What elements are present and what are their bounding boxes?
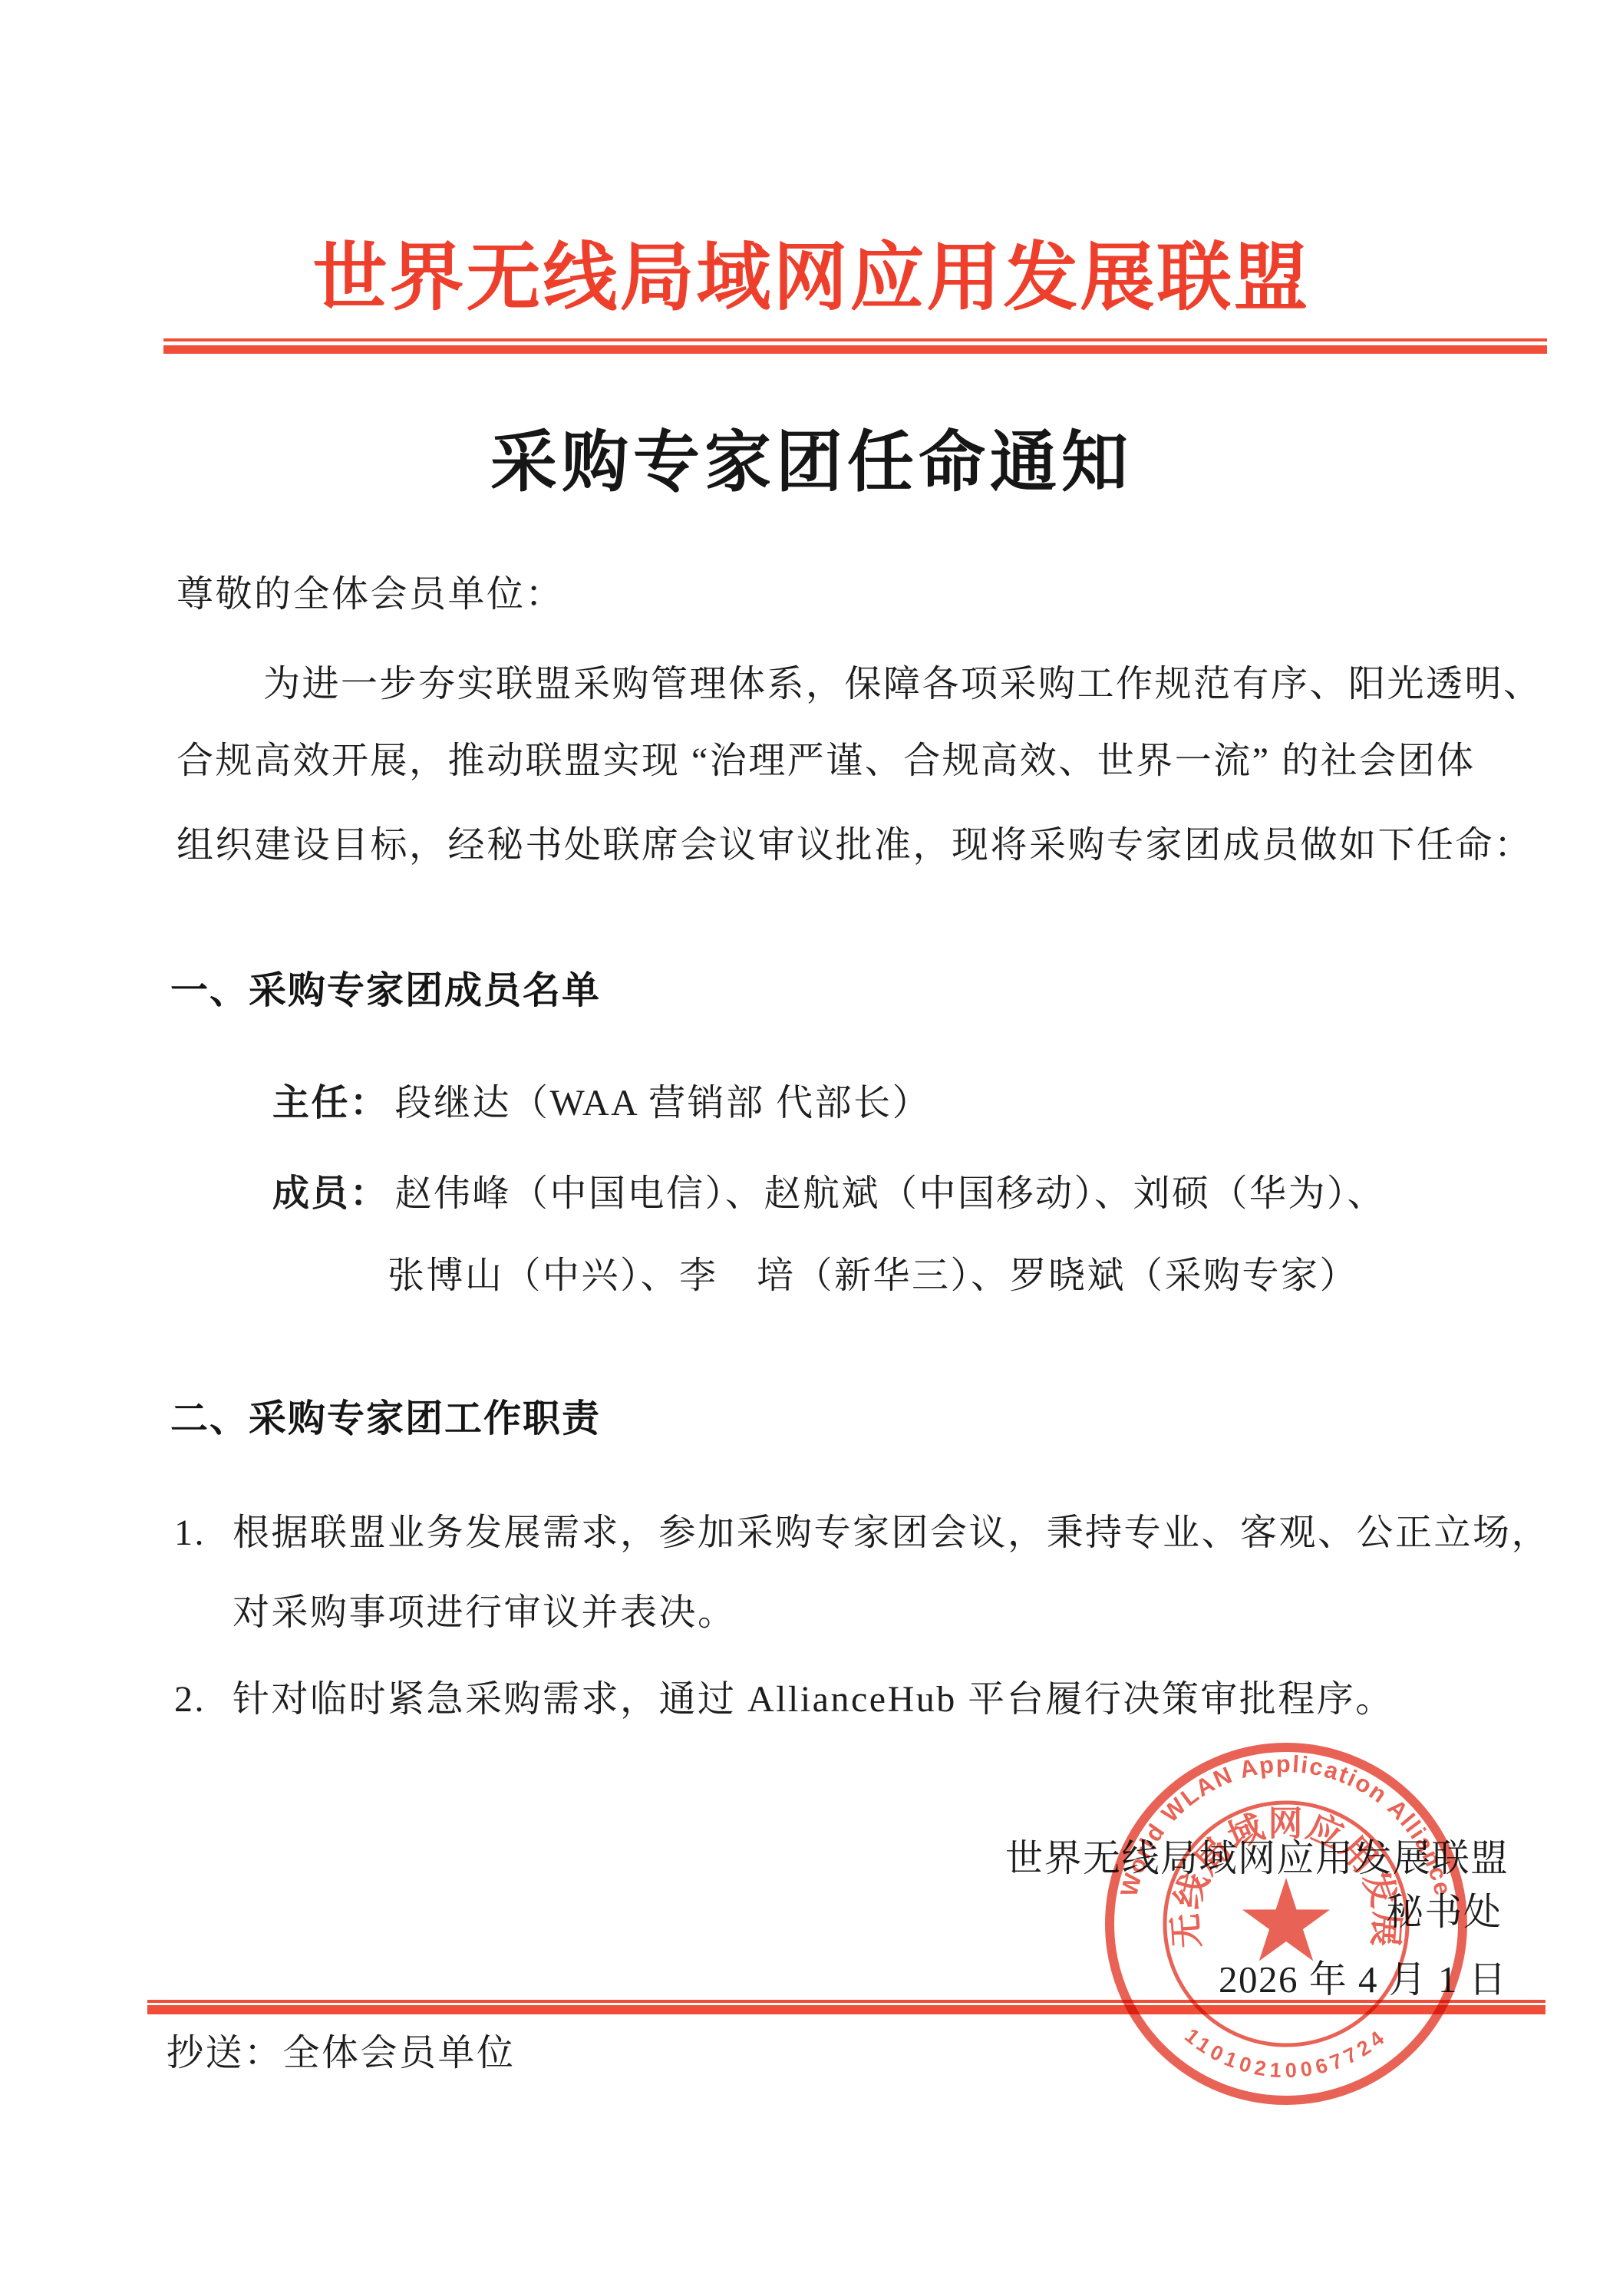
letterhead-rule-thick — [163, 345, 1547, 354]
official-seal: World WLAN Application Alliance 世界无线局域网应… — [1101, 1739, 1471, 2109]
letterhead-rule-thin — [163, 338, 1547, 341]
intro-line: 合规高效开展，推动联盟实现 “治理严谨、合规高效、世界一流” 的社会团体 — [176, 738, 1476, 784]
roster-text-members: 赵伟峰（中国电信）、赵航斌（中国移动）、刘硕（华为）、 — [395, 1171, 1387, 1217]
document-title: 采购专家团任命通知 — [0, 408, 1623, 504]
document-page: 世界无线局域网应用发展联盟 采购专家团任命通知 尊敬的全体会员单位： 为进一步夯… — [0, 0, 1623, 2296]
seal-code-text: 11010210067724 — [1180, 2024, 1391, 2082]
section-1-heading: 一、采购专家团成员名单 — [170, 961, 601, 1014]
duty-2-text: 针对临时紧急采购需求，通过 AllianceHub 平台履行决策审批程序。 — [233, 1677, 1394, 1723]
roster-label-director: 主任： — [272, 1080, 389, 1127]
cc-line: 抄送：全体会员单位 — [167, 2030, 516, 2077]
intro-line: 为进一步夯实联盟采购管理体系，保障各项采购工作规范有序、阳光透明、 — [263, 661, 1542, 708]
roster-row-director: 主任： 段继达（WAA 营销部 代部长） — [272, 1080, 931, 1127]
roster-text-director: 段继达（WAA 营销部 代部长） — [395, 1080, 932, 1127]
roster-label-members: 成员： — [272, 1171, 389, 1217]
duty-item-1: 1. 根据联盟业务发展需求，参加采购专家团会议，秉持专业、客观、公正立场， — [174, 1510, 1550, 1556]
duty-item-1-continued: 对采购事项进行审议并表决。 — [233, 1590, 737, 1636]
duty-2-number: 2. — [174, 1677, 233, 1723]
seal-star-icon — [1242, 1878, 1330, 1961]
duty-1-text: 根据联盟业务发展需求，参加采购专家团会议，秉持专业、客观、公正立场， — [233, 1510, 1550, 1556]
salutation: 尊敬的全体会员单位： — [176, 572, 564, 618]
letterhead-org-title: 世界无线局域网应用发展联盟 — [0, 217, 1623, 325]
roster-row-members: 成员： 赵伟峰（中国电信）、赵航斌（中国移动）、刘硕（华为）、 — [272, 1171, 1386, 1217]
roster-row-members-continued: 张博山（中兴）、李 培（新华三）、罗晓斌（采购专家） — [388, 1253, 1358, 1299]
duty-item-2: 2. 针对临时紧急采购需求，通过 AllianceHub 平台履行决策审批程序。 — [174, 1677, 1394, 1723]
section-2-heading: 二、采购专家团工作职责 — [170, 1389, 601, 1443]
duty-1-number: 1. — [174, 1510, 233, 1556]
intro-line: 组织建设目标，经秘书处联席会议审议批准，现将采购专家团成员做如下任命： — [176, 823, 1533, 869]
